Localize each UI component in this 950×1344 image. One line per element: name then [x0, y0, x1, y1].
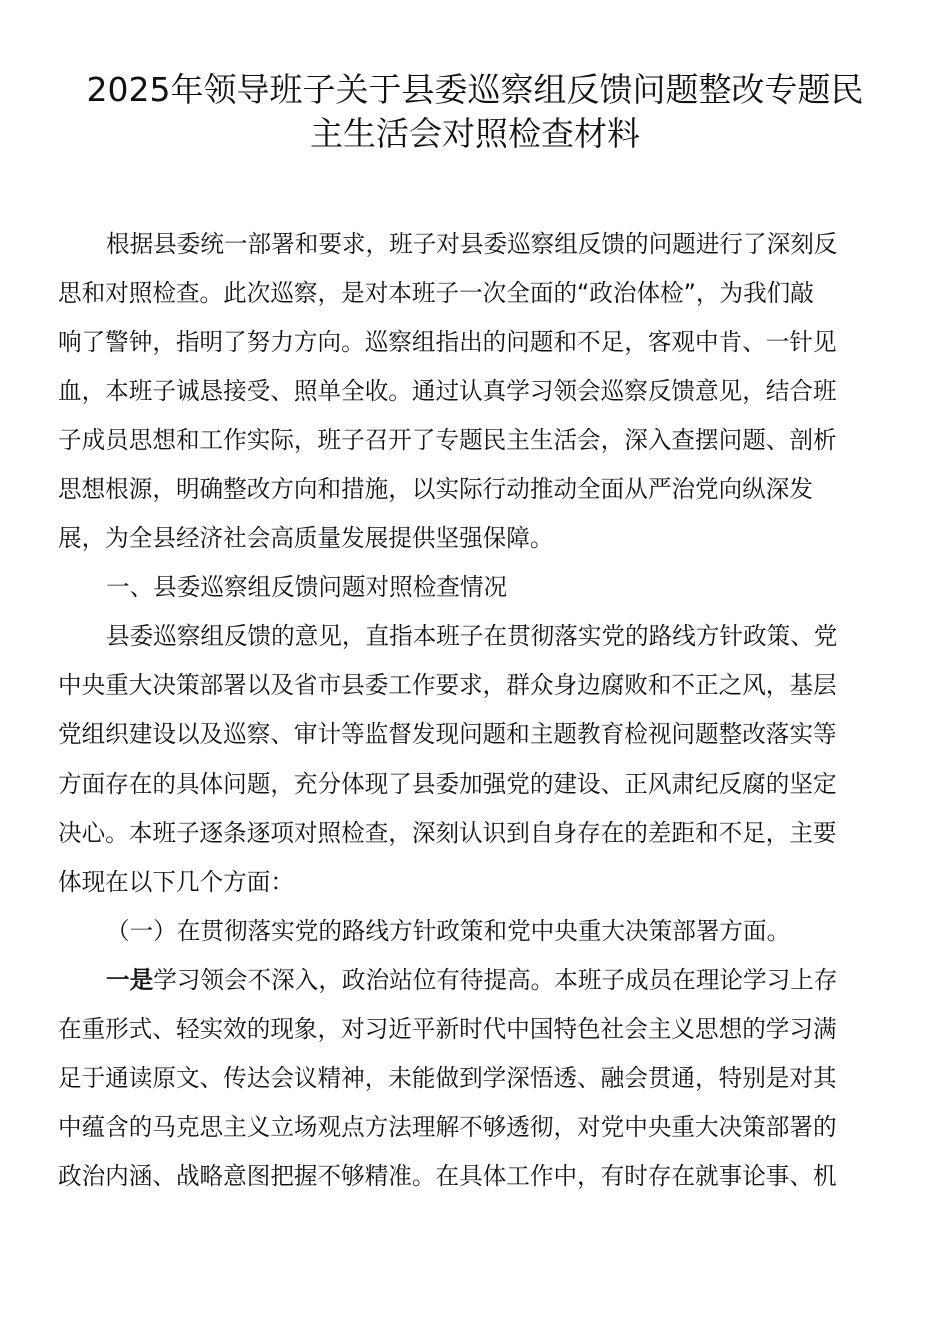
- body-line: 响了警钟，指明了努力方向。巡察组指出的问题和不足，客观中肯、一针见: [58, 318, 898, 367]
- document-page: 2025年领导班子关于县委巡察组反馈问题整改专题民 主生活会对照检查材料 根据县…: [0, 0, 950, 1344]
- body-line: 子成员思想和工作实际，班子召开了专题民主生活会，深入查摆问题、剖析: [58, 416, 898, 465]
- body-line: 政治内涵、战略意图把握不够精准。在具体工作中，有时存在就事论事、机: [58, 1152, 898, 1201]
- body-line: 思想根源，明确整改方向和措施，以实际行动推动全面从严治党向纵深发: [58, 465, 898, 514]
- body-line-with-bold-prefix: 一是学习领会不深入，政治站位有待提高。本班子成员在理论学习上存: [58, 956, 898, 1005]
- title-line-2: 主生活会对照检查材料: [40, 112, 910, 156]
- body-line: 体现在以下几个方面：: [58, 858, 898, 907]
- body-line: 足于通读原文、传达会议精神，未能做到学深悟透、融会贯通，特别是对其: [58, 1054, 898, 1103]
- body-line: 思和对照检查。此次巡察，是对本班子一次全面的“政治体检”，为我们敲: [58, 269, 898, 318]
- document-title: 2025年领导班子关于县委巡察组反馈问题整改专题民 主生活会对照检查材料: [40, 68, 910, 156]
- bold-prefix: 一是: [106, 966, 153, 994]
- body-line: 决心。本班子逐条逐项对照检查，深刻认识到自身存在的差距和不足，主要: [58, 809, 898, 858]
- body-line: 血，本班子诚恳接受、照单全收。通过认真学习领会巡察反馈意见，结合班: [58, 367, 898, 416]
- subsection-heading: （一）在贯彻落实党的路线方针政策和党中央重大决策部署方面。: [58, 907, 898, 956]
- title-line-1: 2025年领导班子关于县委巡察组反馈问题整改专题民: [40, 68, 910, 112]
- body-line-text: 学习领会不深入，政治站位有待提高。本班子成员在理论学习上存: [153, 966, 837, 994]
- body-line: 根据县委统一部署和要求，班子对县委巡察组反馈的问题进行了深刻反: [58, 220, 898, 269]
- body-line: 展，为全县经济社会高质量发展提供坚强保障。: [58, 514, 898, 563]
- body-line: 中央重大决策部署以及省市县委工作要求，群众身边腐败和不正之风，基层: [58, 661, 898, 710]
- section-heading: 一、县委巡察组反馈问题对照检查情况: [58, 563, 898, 612]
- document-body: 根据县委统一部署和要求，班子对县委巡察组反馈的问题进行了深刻反 思和对照检查。此…: [58, 220, 898, 1201]
- body-line: 中蕴含的马克思主义立场观点方法理解不够透彻，对党中央重大决策部署的: [58, 1103, 898, 1152]
- body-line: 方面存在的具体问题，充分体现了县委加强党的建设、正风肃纪反腐的坚定: [58, 760, 898, 809]
- body-line: 县委巡察组反馈的意见，直指本班子在贯彻落实党的路线方针政策、党: [58, 612, 898, 661]
- body-line: 党组织建设以及巡察、审计等监督发现问题和主题教育检视问题整改落实等: [58, 710, 898, 759]
- body-line: 在重形式、轻实效的现象，对习近平新时代中国特色社会主义思想的学习满: [58, 1005, 898, 1054]
